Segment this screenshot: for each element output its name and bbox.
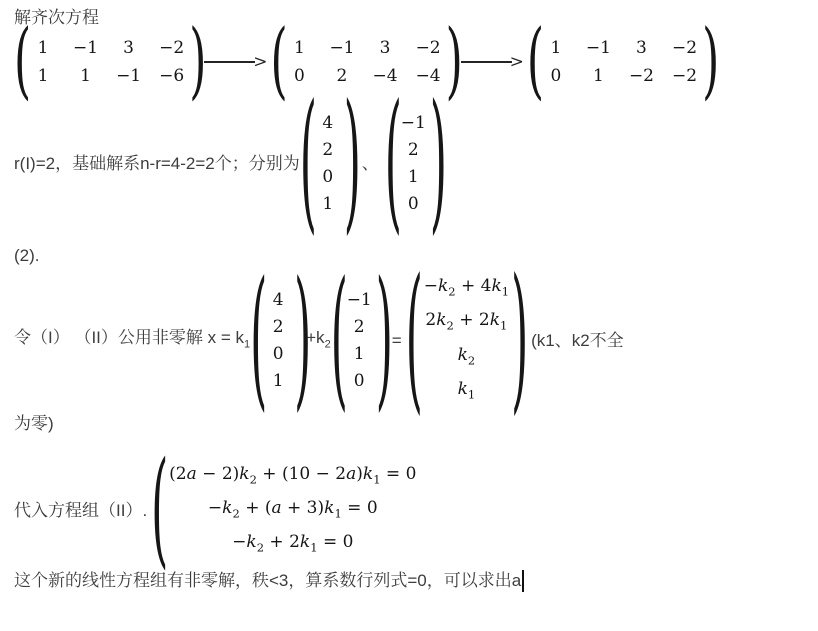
matrix-cells: 1−13−211−1−6 xyxy=(26,34,189,90)
part2-label: (2). xyxy=(14,246,40,265)
right-paren-icon: ) xyxy=(294,282,306,399)
right-paren-icon: ) xyxy=(376,282,388,399)
arrow-shaft xyxy=(204,61,255,63)
combo-suffix-text: (k1、k2不全 xyxy=(531,329,624,353)
combo-prefix-text: 令（I） （II）公用非零解 x = k1 xyxy=(14,326,250,356)
line-heading: 解齐次方程 xyxy=(14,6,808,30)
conclusion-text: 这个新的线性方程组有非零解，秩<3，算系数行列式=0，可以求出a xyxy=(14,569,521,593)
combo-vector-2[interactable]: ( −1210 ) xyxy=(331,287,388,395)
system-equations: (2a − 2)k2 + (10 − 2a)k1 = 0−k2 + (a + 3… xyxy=(163,460,418,563)
combination-line: 令（I） （II）公用非零解 x = k1 ( 4201 ) +k2 ( −12… xyxy=(14,272,808,410)
row-reduce-arrow-icon: > xyxy=(204,54,267,71)
basis-text: r(I)=2，基础解系n-r=4-2=2个；分别为 xyxy=(14,152,300,176)
left-paren-icon: ( xyxy=(331,282,343,399)
basis-vector-2[interactable]: ( −1210 ) xyxy=(385,110,442,218)
row-reduce-arrow-icon: > xyxy=(461,54,524,71)
matrix-cells: 1−13−201−2−2 xyxy=(539,34,702,90)
arrow-head: > xyxy=(510,54,524,71)
matrix-original[interactable]: ( 1−13−211−1−6 ) xyxy=(14,34,201,90)
arrow-shaft xyxy=(461,61,512,63)
left-paren-icon: ( xyxy=(527,30,539,95)
text-cursor xyxy=(522,570,524,592)
combo-result-vector[interactable]: ( −k2 + 4k12k2 + 2k1k2k1 ) xyxy=(406,272,523,410)
left-paren-icon: ( xyxy=(250,282,262,399)
left-paren-icon: ( xyxy=(270,30,282,95)
condition-wrap-text: 为零) xyxy=(14,414,54,433)
left-paren-icon: ( xyxy=(151,463,163,560)
left-paren-icon: ( xyxy=(385,105,397,222)
right-paren-icon: ) xyxy=(430,105,442,222)
combo-equals-sign: = xyxy=(392,329,402,353)
basis-vector-1[interactable]: ( 4201 ) xyxy=(300,110,356,218)
conclusion-line: 这个新的线性方程组有非零解，秩<3，算系数行列式=0，可以求出a xyxy=(14,569,808,593)
combo-vector-1[interactable]: ( 4201 ) xyxy=(250,287,306,395)
substitution-line: 代入方程组（II）. ( (2a − 2)k2 + (10 − 2a)k1 = … xyxy=(14,460,808,563)
vector-separator: 、 xyxy=(362,152,379,176)
right-paren-icon: ) xyxy=(189,30,201,95)
matrix-step2[interactable]: ( 1−13−201−2−2 ) xyxy=(527,34,714,90)
row-reduction-line: ( 1−13−211−1−6 ) > ( 1−13−202−4−4 ) > ( … xyxy=(14,34,808,90)
right-paren-icon: ) xyxy=(702,30,714,95)
right-paren-icon: ) xyxy=(511,280,523,402)
right-paren-icon: ) xyxy=(446,30,458,95)
left-paren-icon: ( xyxy=(300,105,312,222)
arrow-head: > xyxy=(253,54,267,71)
equation-system[interactable]: ( (2a − 2)k2 + (10 − 2a)k1 = 0−k2 + (a +… xyxy=(151,460,418,563)
vector-cells: −k2 + 4k12k2 + 2k1k2k1 xyxy=(418,272,511,410)
right-paren-icon: ) xyxy=(344,105,356,222)
subst-prefix-text: 代入方程组（II）. xyxy=(14,499,147,523)
basis-line: r(I)=2，基础解系n-r=4-2=2个；分别为 ( 4201 ) 、 ( −… xyxy=(14,110,808,218)
left-paren-icon: ( xyxy=(14,30,26,95)
document-editor[interactable]: 解齐次方程 ( 1−13−211−1−6 ) > ( 1−13−202−4−4 … xyxy=(0,0,818,631)
left-paren-icon: ( xyxy=(406,280,418,402)
